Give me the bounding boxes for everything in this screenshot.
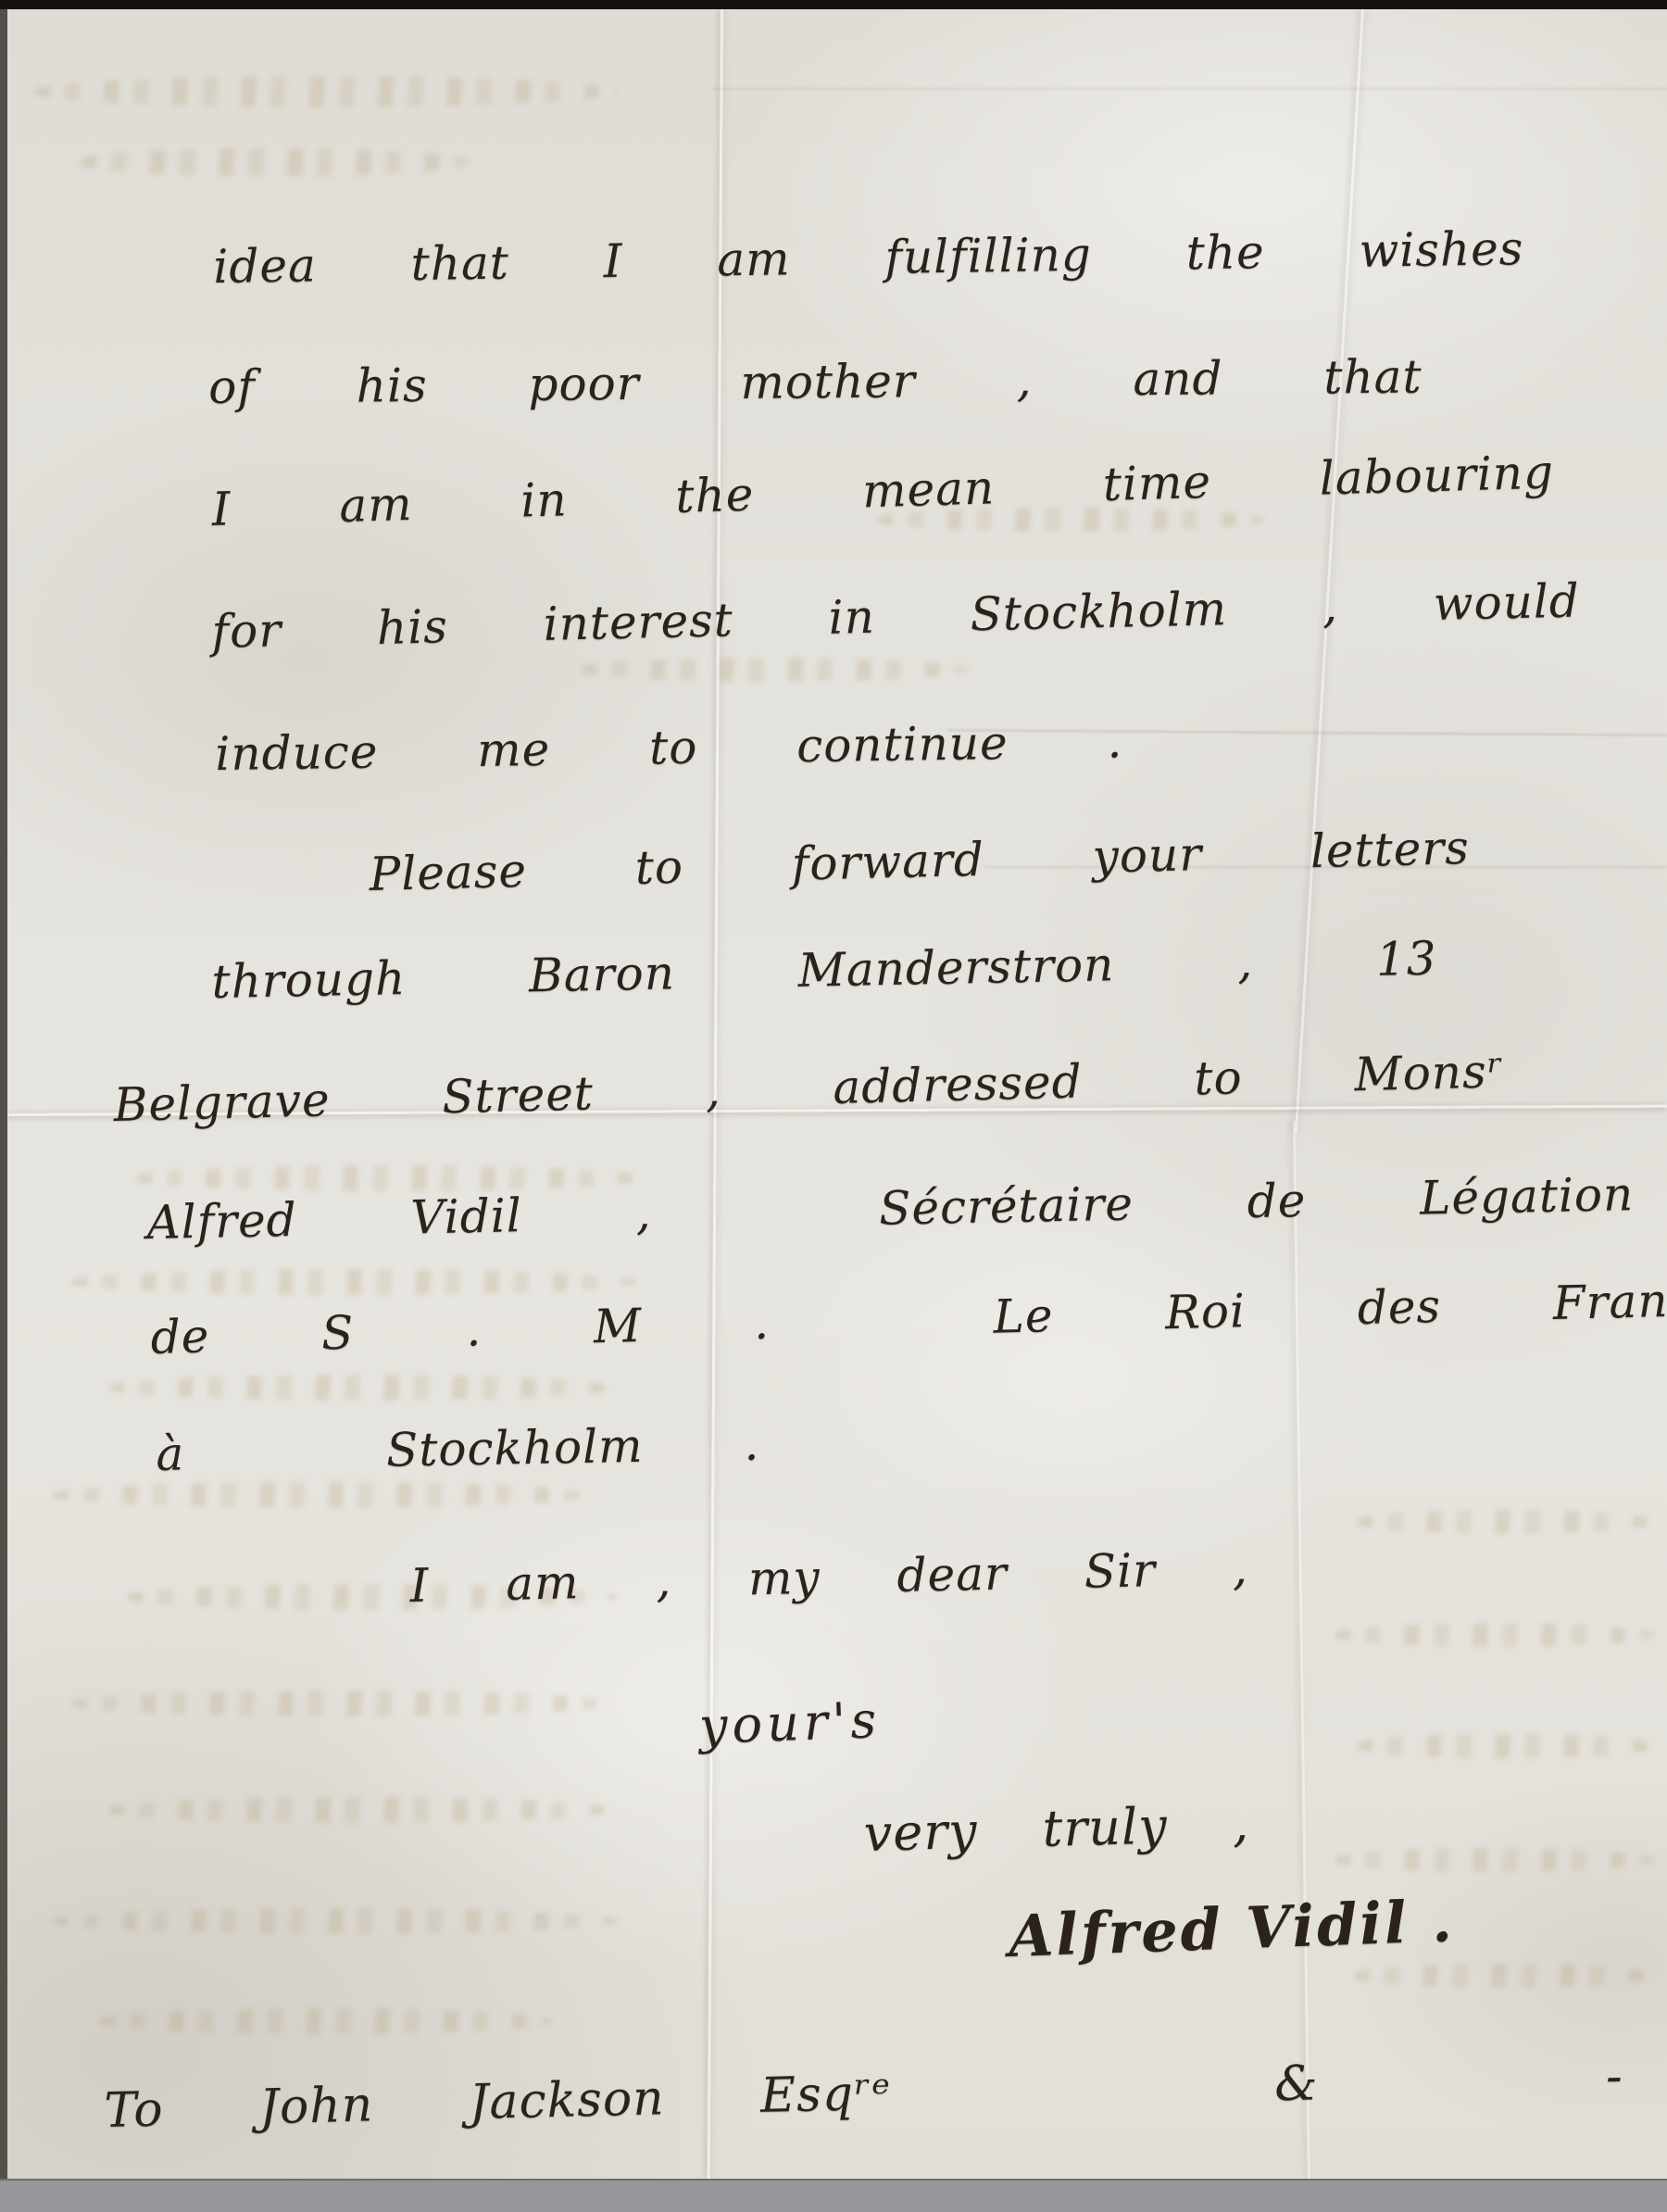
letter-line-13: your's — [698, 1692, 882, 1754]
bleedthrough-mark — [91, 2008, 554, 2034]
bleedthrough-mark — [26, 76, 619, 107]
fold-crease-vertical-right-lower — [1293, 1121, 1310, 2179]
letter-line-6: Please to forward your letters — [369, 822, 1470, 900]
scan-edge-left — [0, 9, 7, 2179]
letter-line-1: idea that I am fulfilling the wishes — [213, 222, 1524, 293]
bleedthrough-mark — [1348, 1510, 1659, 1534]
bleedthrough-mark — [100, 1797, 619, 1823]
bleedthrough-mark — [1345, 1964, 1660, 1988]
signature-line: Alfred Vidil . — [1008, 1889, 1456, 1968]
letter-line-7: through Baron Manderstron , 13 — [211, 933, 1437, 1008]
letter-line-14: very truly , — [863, 1796, 1250, 1862]
bleedthrough-mark — [63, 1690, 619, 1716]
bleedthrough-mark — [1326, 1848, 1660, 1872]
addressee-line: To John Jackson Esqʳᵉ & - & & . — [104, 2036, 1667, 2138]
letter-line-12: I am , my dear Sir , — [409, 1542, 1248, 1612]
bleedthrough-mark — [1348, 1734, 1659, 1758]
letter-line-2: of his poor mother , and that — [208, 351, 1423, 413]
bleedthrough-mark — [63, 1269, 637, 1295]
scan-edge-bottom — [0, 2179, 1667, 2212]
bleedthrough-mark — [572, 658, 971, 682]
bleedthrough-mark — [44, 1482, 600, 1508]
letter-line-4: for his interest in Stockholm , would — [211, 574, 1580, 658]
bleedthrough-mark — [100, 1375, 619, 1401]
fold-crease-horizontal-top — [713, 88, 1667, 90]
bleedthrough-mark — [44, 1908, 619, 1934]
letter-line-11: à Stockholm . — [156, 1418, 760, 1480]
letter-line-5: induce me to continue . — [215, 715, 1123, 780]
bleedthrough-mark — [1326, 1623, 1660, 1647]
scanned-letter-page: idea that I am fulfilling the wishes of … — [0, 0, 1667, 2212]
bleedthrough-mark — [72, 148, 470, 176]
scan-edge-top — [0, 0, 1667, 9]
letter-paper: idea that I am fulfilling the wishes of … — [7, 9, 1667, 2179]
